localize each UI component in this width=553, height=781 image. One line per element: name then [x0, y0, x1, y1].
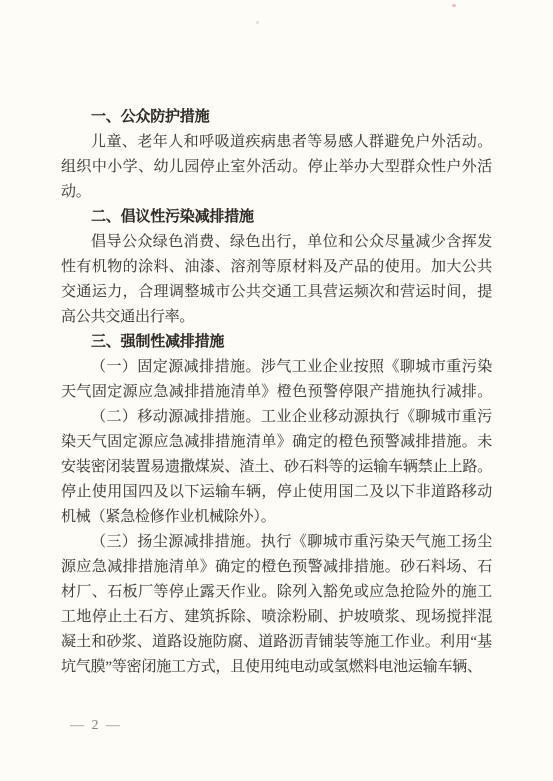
- text-line: 动。: [61, 180, 492, 205]
- text-line: 坑气膜”等密闭施工方式，且使用纯电动或氢燃料电池运输车辆、: [61, 655, 492, 680]
- document-page: 一、公众防护措施儿童、老年人和呼吸道疾病患者等易感人群避免户外活动。组织中小学、…: [0, 0, 553, 781]
- text-line: 机械（紧急检修作业机械除外）。: [61, 505, 492, 530]
- text-line: 天气固定源应急减排措施清单》橙色预警停限产措施执行减排。: [61, 380, 492, 405]
- text-line: 高公共交通出行率。: [61, 305, 492, 330]
- text-line: 染天气固定源应急减排措施清单》确定的橙色预警减排措施。未: [61, 430, 492, 455]
- section-heading: 一、公众防护措施: [61, 105, 492, 130]
- scan-speck: [452, 4, 456, 7]
- text-line: 儿童、老年人和呼吸道疾病患者等易感人群避免户外活动。: [61, 130, 492, 155]
- text-line: 组织中小学、幼儿园停止室外活动。停止举办大型群众性户外活: [61, 155, 492, 180]
- text-line: 倡导公众绿色消费、绿色出行，单位和公众尽量减少含挥发: [61, 230, 492, 255]
- text-line: （三）扬尘源减排措施。执行《聊城市重污染天气施工扬尘: [61, 530, 492, 555]
- document-content: 一、公众防护措施儿童、老年人和呼吸道疾病患者等易感人群避免户外活动。组织中小学、…: [61, 105, 492, 680]
- text-line: 工地停止土石方、建筑拆除、喷涂粉刷、护坡喷浆、现场搅拌混: [61, 605, 492, 630]
- scan-speck: [256, 21, 259, 24]
- text-line: （一）固定源减排措施。涉气工业企业按照《聊城市重污染: [61, 355, 492, 380]
- section-heading: 三、强制性减排措施: [61, 330, 492, 355]
- text-line: （二）移动源减排措施。工业企业移动源执行《聊城市重污: [61, 405, 492, 430]
- text-line: 安装密闭装置易遗撒煤炭、渣土、砂石料等的运输车辆禁止上路。: [61, 455, 492, 480]
- text-line: 材厂、石板厂等停止露天作业。除列入豁免或应急抢险外的施工: [61, 580, 492, 605]
- text-line: 交通运力，合理调整城市公共交通工具营运频次和营运时间，提: [61, 280, 492, 305]
- page-number: — 2 —: [70, 718, 122, 734]
- text-line: 停止使用国四及以下运输车辆，停止使用国二及以下非道路移动: [61, 480, 492, 505]
- text-line: 凝土和砂浆、道路设施防腐、道路沥青铺装等施工作业。利用“基: [61, 630, 492, 655]
- section-heading: 二、倡议性污染减排措施: [61, 205, 492, 230]
- text-line: 源应急减排措施清单》确定的橙色预警减排措施。砂石料场、石: [61, 555, 492, 580]
- text-line: 性有机物的涂料、油漆、溶剂等原材料及产品的使用。加大公共: [61, 255, 492, 280]
